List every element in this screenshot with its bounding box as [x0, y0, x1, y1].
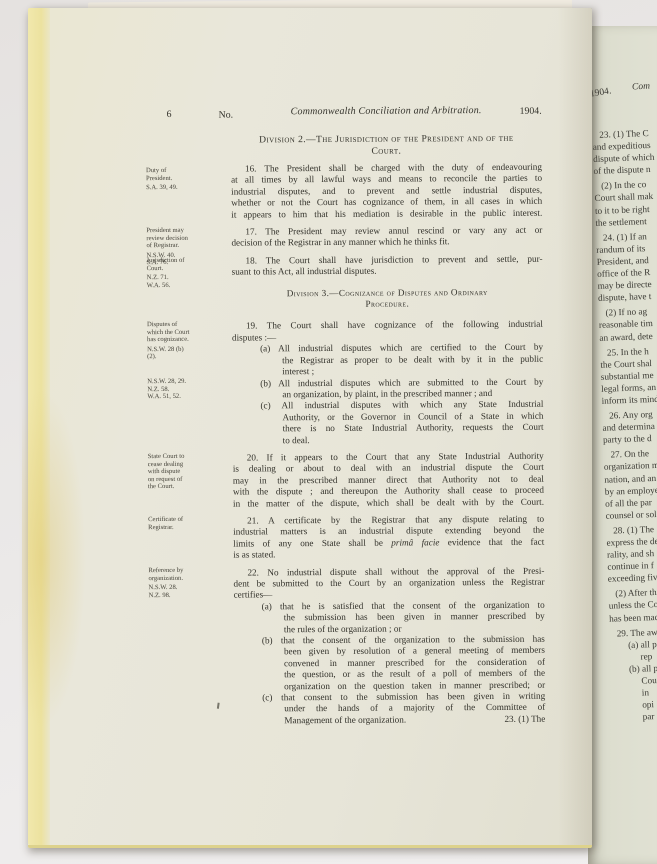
next-page-text-line: 28. (1) The	[606, 519, 657, 536]
next-page-text-line: 25. In the h	[600, 341, 657, 358]
document-page: 6 No. Commonwealth Conciliation and Arbi…	[28, 8, 592, 848]
margin-note: Reference byorganization.N.S.W. 28.N.Z. …	[148, 567, 234, 600]
margin-note-label-line: of Registrar.	[146, 242, 232, 250]
next-page-text-line: (2) After th	[608, 583, 657, 600]
body-text: 16. The President shall be charged with …	[231, 162, 545, 727]
division-2-heading-line2: Court.	[231, 144, 542, 157]
next-page-year: 1904.	[589, 86, 612, 99]
margin-note-label-line: organization.	[148, 574, 234, 582]
margin-note-label-line: Registrar.	[148, 523, 234, 531]
proof-mark	[217, 703, 219, 709]
page-content: 6 No. Commonwealth Conciliation and Arbi…	[28, 6, 597, 846]
next-page-text-lines: 23. (1) The Cand expeditiousdispute of w…	[592, 121, 657, 724]
body-text-line: dent be submitted to the Court by an org…	[233, 577, 544, 590]
margin-note-reference: W.A. 51, 52.	[147, 393, 233, 401]
scanned-document-photo: { "document": { "page_number": "6", "num…	[0, 0, 657, 864]
body-text-line: there is no State Industrial Authority, …	[233, 422, 544, 435]
margin-note: Certificate ofRegistrar.	[148, 516, 234, 532]
body-text-line: Procedure.	[232, 298, 543, 311]
margin-note-label-line: has cognizance.	[147, 336, 233, 344]
body-text-line: it appears to him that his mediation is …	[231, 207, 542, 220]
margin-note-label-line: President.	[146, 174, 232, 182]
margin-note-label-line: Court.	[147, 264, 233, 272]
margin-note: Jurisdiction ofCourt.N.Z. 71.W.A. 56.	[147, 257, 233, 290]
body-text-line: 19. The Court shall have cognizance of t…	[232, 319, 543, 332]
margin-note: Duty ofPresident.S.A. 39, 49.	[146, 167, 232, 192]
margin-note-reference: (2).	[147, 353, 233, 361]
margin-note: Disputes ofwhich the Courthas cognizance…	[147, 321, 233, 361]
margin-note-reference: N.Z. 98.	[149, 591, 235, 599]
next-page-title-fragment: Com	[632, 82, 650, 93]
next-page-text-line: 29. The aw	[610, 622, 657, 639]
division-2-heading: Division 2.—The Jurisdiction of the Pres…	[231, 133, 542, 158]
margin-note: State Court tocease dealingwith disputeo…	[148, 453, 234, 491]
body-text-line: is as stated.	[233, 548, 544, 561]
division-2-heading-line1: Division 2.—The Jurisdiction of the Pres…	[231, 133, 542, 146]
body-text-line: the submission has been given in manner …	[234, 611, 545, 624]
body-text-line: in the matter of the dispute, which shal…	[233, 496, 544, 509]
next-page-edge: 1904. Com 23. (1) The Cand expeditiousdi…	[588, 26, 657, 864]
body-text-line: to deal.	[233, 433, 544, 446]
year-label: 1904.	[231, 106, 542, 119]
body-text-line: 18. The Court shall have jurisdiction to…	[232, 254, 543, 267]
body-text-line: (b) All industrial disputes which are su…	[232, 376, 543, 389]
body-text-line: decision of the Registrar in any manner …	[231, 236, 542, 249]
margin-note-reference: W.A. 56.	[147, 281, 233, 289]
body-text-line: Management of the organization.23. (1) T…	[234, 714, 545, 727]
body-text-line: under the hands of a majority of the Com…	[234, 702, 545, 715]
margin-note-label-line: the Court.	[148, 483, 234, 491]
page-number: 6	[167, 109, 172, 120]
body-text-line: the Registrar as proper to be dealt with…	[232, 353, 543, 366]
margin-note: N.S.W. 28, 29.N.Z. 58.W.A. 51, 52.	[147, 378, 233, 401]
margin-note-reference: S.A. 39, 49.	[146, 184, 232, 192]
body-text-line: limits of any one State shall be primâ f…	[233, 536, 544, 549]
body-text-line: suant to this Act, all industrial disput…	[232, 265, 543, 278]
